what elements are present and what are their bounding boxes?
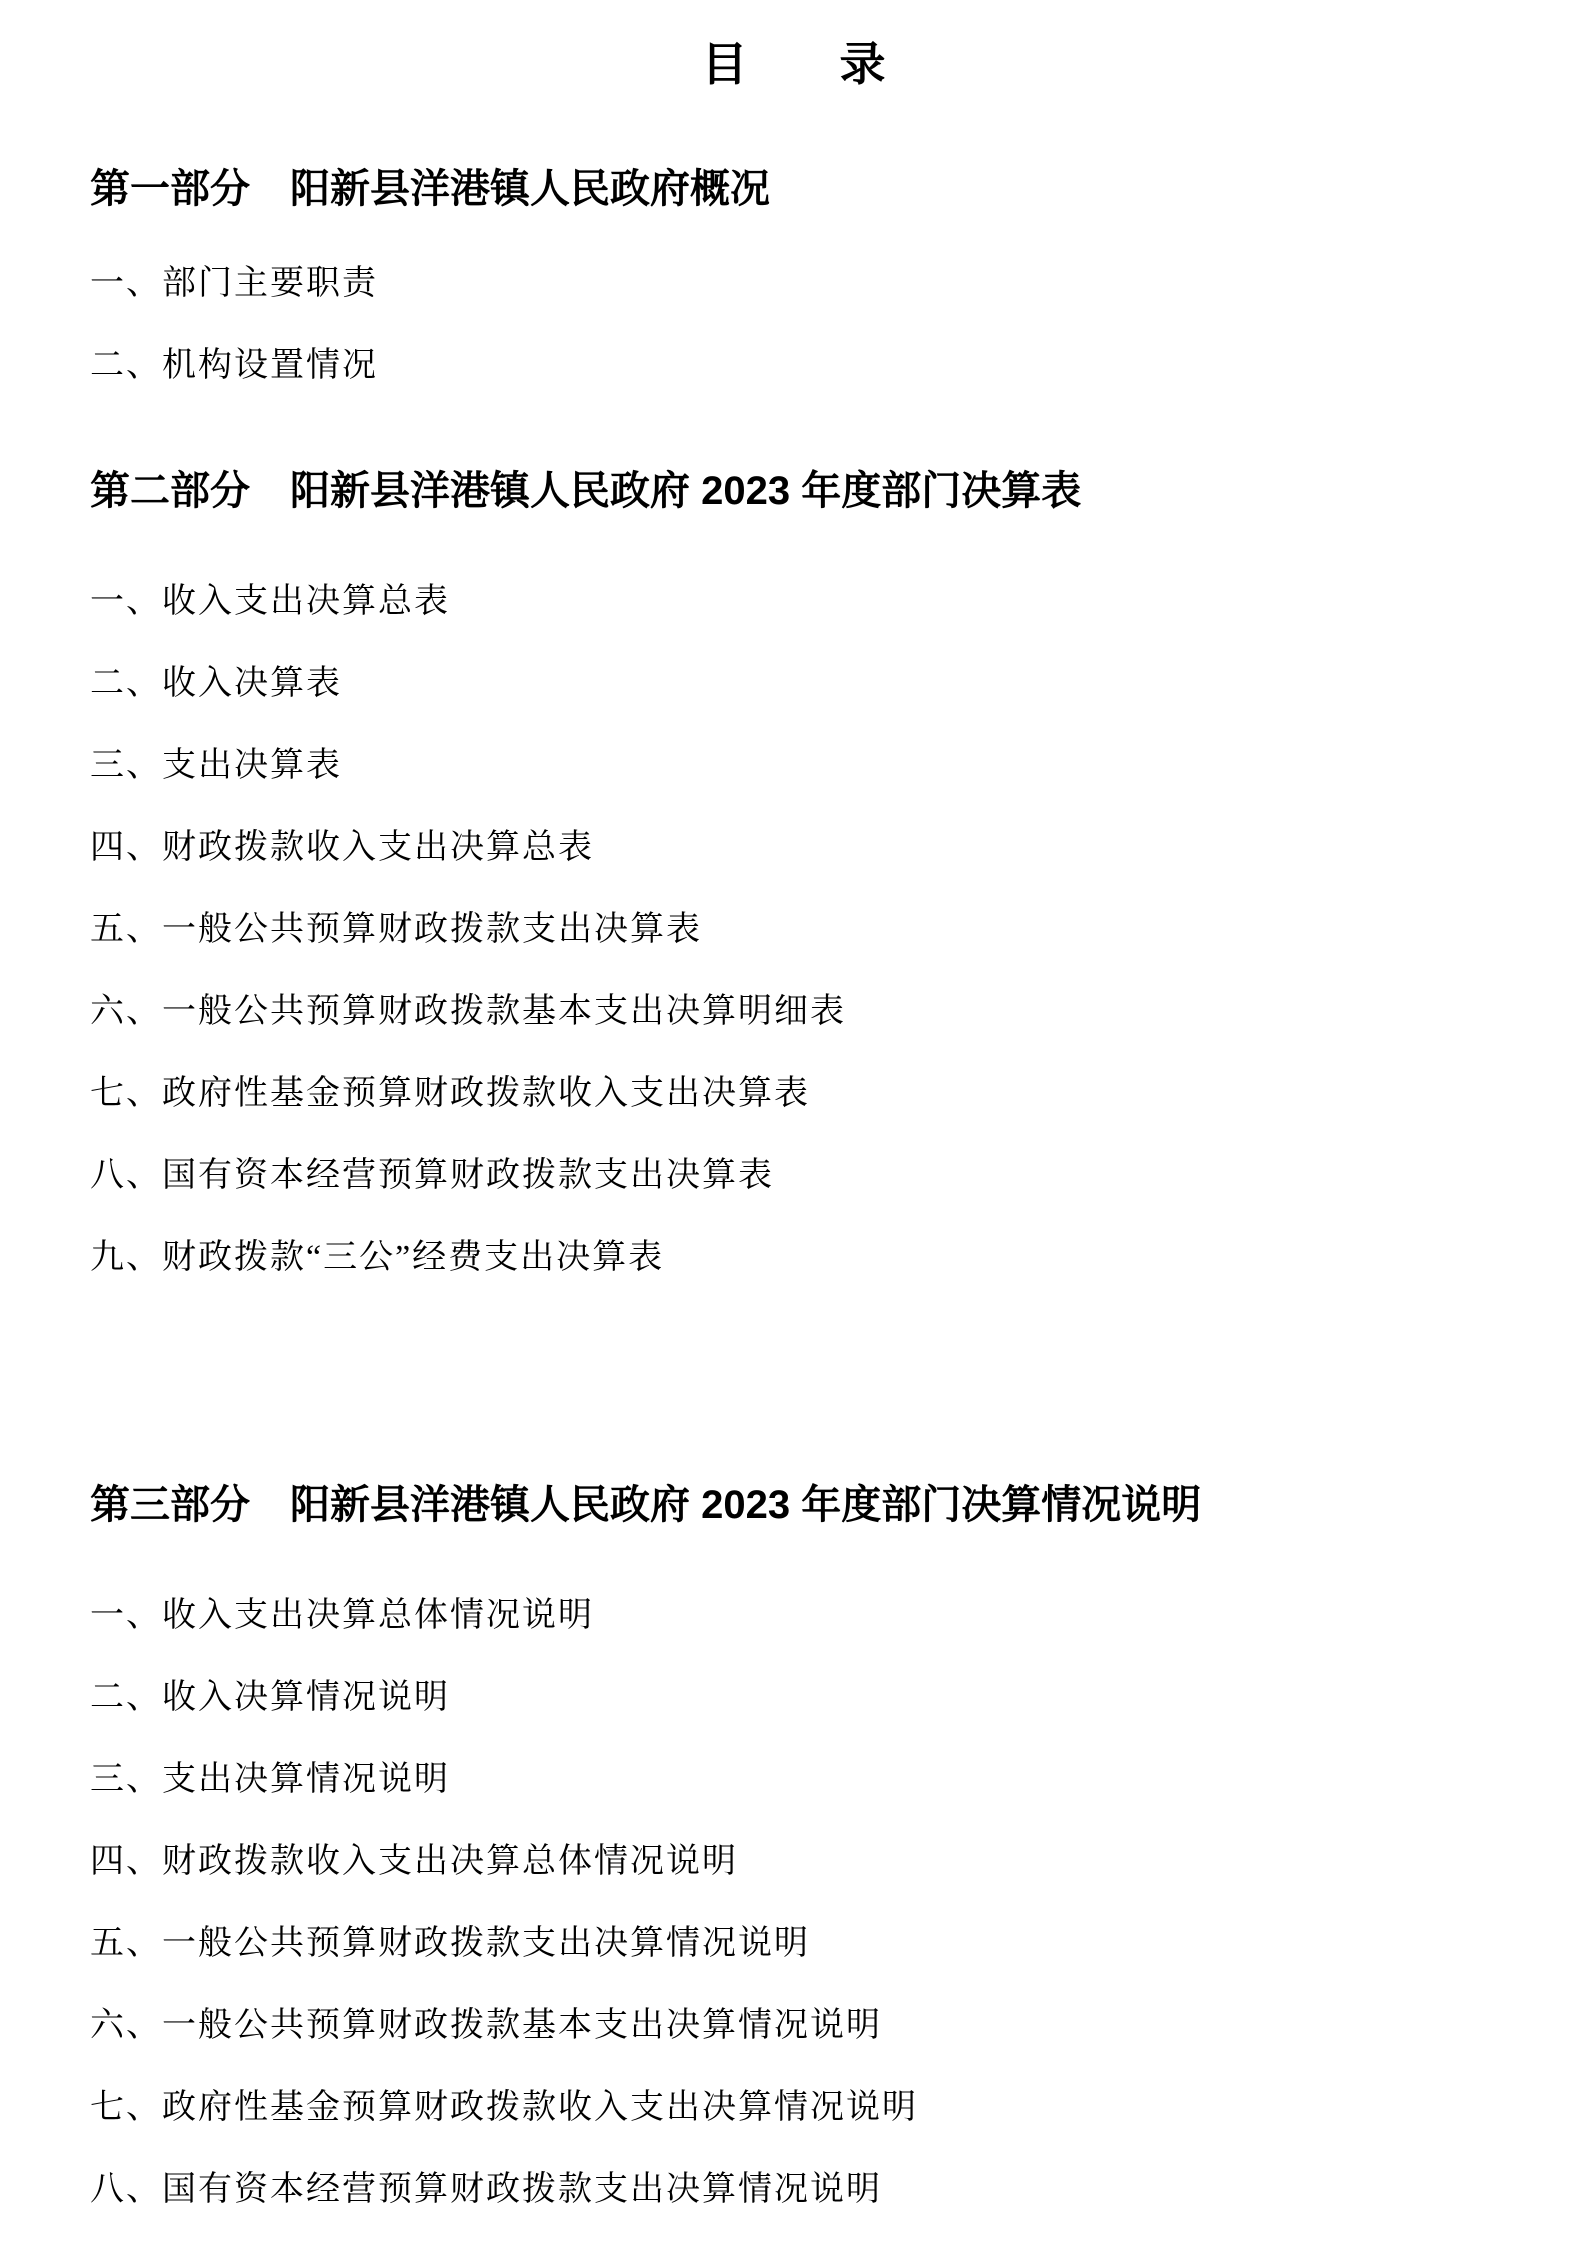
toc-item: 九、财政拨款“三公”经费支出决算表: [90, 1236, 1497, 1280]
toc-item: 三、支出决算情况说明: [90, 1758, 1497, 1802]
document-page: 目 录 第一部分 阳新县洋港镇人民政府概况 一、部门主要职责 二、机构设置情况 …: [0, 0, 1587, 2245]
document-title: 目 录: [90, 36, 1497, 92]
toc-item: 八、国有资本经营预算财政拨款支出决算情况说明: [90, 2168, 1497, 2212]
section-part1-heading: 第一部分 阳新县洋港镇人民政府概况: [90, 164, 1497, 214]
section-part2-heading: 第二部分 阳新县洋港镇人民政府 2023 年度部门决算表: [90, 466, 1497, 516]
section-part1: 第一部分 阳新县洋港镇人民政府概况 一、部门主要职责 二、机构设置情况: [90, 164, 1497, 388]
toc-item: 三、支出决算表: [90, 744, 1497, 788]
section-part3-heading: 第三部分 阳新县洋港镇人民政府 2023 年度部门决算情况说明: [90, 1480, 1497, 1530]
toc-item: 七、政府性基金预算财政拨款收入支出决算表: [90, 1072, 1497, 1116]
toc-item: 五、一般公共预算财政拨款支出决算情况说明: [90, 1922, 1497, 1966]
toc-item: 二、收入决算表: [90, 662, 1497, 706]
toc-item: 二、机构设置情况: [90, 344, 1497, 388]
toc-item: 二、收入决算情况说明: [90, 1676, 1497, 1720]
toc-item: 五、一般公共预算财政拨款支出决算表: [90, 908, 1497, 952]
toc-item: 一、部门主要职责: [90, 262, 1497, 306]
toc-item: 七、政府性基金预算财政拨款收入支出决算情况说明: [90, 2086, 1497, 2130]
toc-item: 一、收入支出决算总表: [90, 580, 1497, 624]
toc-item: 一、收入支出决算总体情况说明: [90, 1594, 1497, 1638]
toc-item: 四、财政拨款收入支出决算总表: [90, 826, 1497, 870]
toc-item: 四、财政拨款收入支出决算总体情况说明: [90, 1840, 1497, 1884]
section-part3: 第三部分 阳新县洋港镇人民政府 2023 年度部门决算情况说明 一、收入支出决算…: [90, 1480, 1497, 2212]
toc-item: 六、一般公共预算财政拨款基本支出决算明细表: [90, 990, 1497, 1034]
section-part2: 第二部分 阳新县洋港镇人民政府 2023 年度部门决算表 一、收入支出决算总表 …: [90, 466, 1497, 1280]
toc-item: 八、国有资本经营预算财政拨款支出决算表: [90, 1154, 1497, 1198]
toc-item: 六、一般公共预算财政拨款基本支出决算情况说明: [90, 2004, 1497, 2048]
